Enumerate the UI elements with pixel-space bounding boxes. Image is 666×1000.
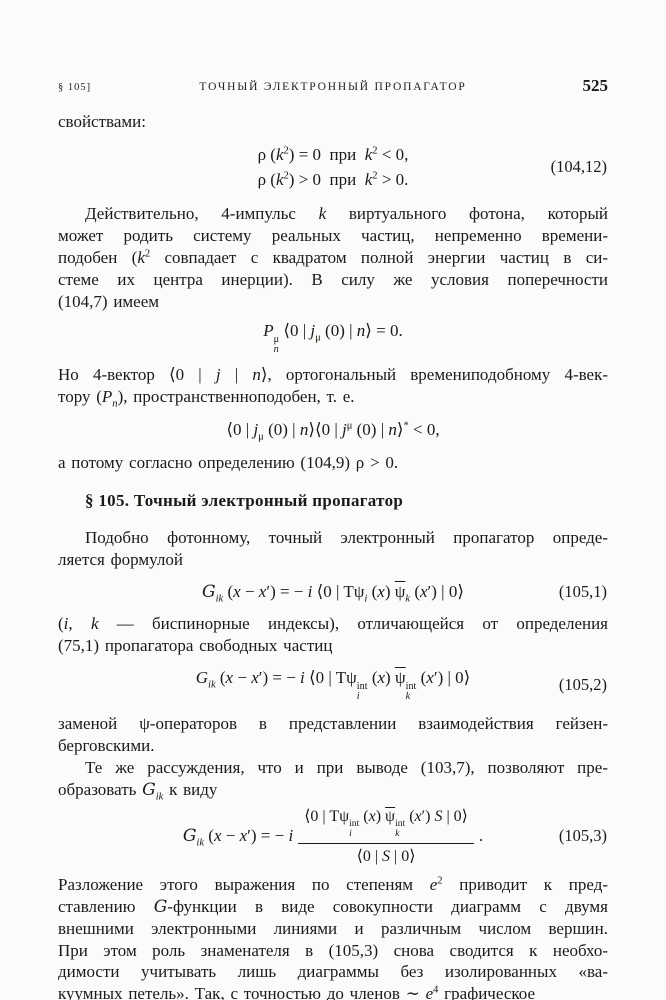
paragraph-zamenoj: заменой ψ-операторов в представлении вза… (58, 713, 608, 757)
equation-transversality: Pμn ⟨0 | jμ (0) | n⟩ = 0. (58, 320, 608, 356)
running-title: ТОЧНЫЙ ЭЛЕКТРОННЫЙ ПРОПАГАТОР (199, 81, 466, 93)
page-header: § 105] ТОЧНЫЙ ЭЛЕКТРОННЫЙ ПРОПАГАТОР 525 (58, 78, 608, 98)
equation-105-2: Gik (x − x′) = − i ⟨0 | Tψinti (x) ψintk… (58, 667, 608, 703)
equation-spacelike: ⟨0 | jμ (0) | n⟩⟨0 | jμ (0) | n⟩* < 0, (58, 419, 608, 441)
equation-104-12-line2: ρ (k2) > 0 при k2 > 0. (258, 167, 409, 192)
equation-spacelike-body: ⟨0 | jμ (0) | n⟩⟨0 | jμ (0) | n⟩* < 0, (226, 419, 439, 441)
equation-105-3: Gik (x − x′) = − i ⟨0 | Tψinti (x) ψintk… (58, 805, 608, 867)
equation-label-105-3: (105,3) (559, 825, 607, 847)
header-section-marker: § 105] (58, 82, 91, 93)
equation-105-2-body: Gik (x − x′) = − i ⟨0 | Tψinti (x) ψintk… (196, 667, 471, 703)
paragraph-no-4vektor: Но 4-вектор ⟨0 | j | n⟩, ортогональный в… (58, 364, 608, 408)
paragraph-bispinor: (i, k — биспинорные индексы), отличающей… (58, 613, 608, 657)
section-heading: § 105. Точный электронный пропагатор (58, 490, 608, 512)
equation-label-104-12: (104,12) (551, 156, 607, 178)
equation-label-105-1: (105,1) (559, 581, 607, 603)
book-page: § 105] ТОЧНЫЙ ЭЛЕКТРОННЫЙ ПРОПАГАТОР 525… (0, 0, 666, 1000)
paragraph-dejstvitelno: Действительно, 4-импульс k виртуального … (58, 203, 608, 313)
paragraph-a-potomu: а потому согласно определению (104,9) ρ … (58, 452, 608, 474)
equation-transversality-body: Pμn ⟨0 | jμ (0) | n⟩ = 0. (263, 320, 403, 356)
equation-104-12: ρ (k2) = 0 при k2 < 0, ρ (k2) > 0 при k2… (58, 142, 608, 192)
equation-105-3-numerator: ⟨0 | Tψinti (x) ψintk (x′) S | 0⟩ (298, 805, 474, 844)
page-number: 525 (583, 76, 609, 96)
equation-105-3-lhs: Gik (x − x′) = − i (183, 825, 293, 847)
paragraph-te-zhe: Те же рассуждения, что и при выводе (103… (58, 757, 608, 801)
equation-label-105-2: (105,2) (559, 674, 607, 696)
equation-104-12-line1: ρ (k2) = 0 при k2 < 0, (258, 142, 409, 167)
equation-104-12-body: ρ (k2) = 0 при k2 < 0, ρ (k2) > 0 при k2… (258, 142, 409, 192)
equation-105-1-body: Gik (x − x′) = − i ⟨0 | Tψi (x) ψk (x′) … (202, 581, 464, 603)
paragraph-lead: свойствами: (58, 111, 608, 133)
equation-105-3-fraction: ⟨0 | Tψinti (x) ψintk (x′) S | 0⟩ ⟨0 | S… (298, 805, 474, 867)
equation-105-3-tail: . (479, 825, 483, 847)
paragraph-razlozhenie: Разложение этого выражения по степеням e… (58, 874, 608, 1000)
paragraph-podobno: Подобно фотонному, точный электронный пр… (58, 527, 608, 571)
equation-105-1: Gik (x − x′) = − i ⟨0 | Tψi (x) ψk (x′) … (58, 581, 608, 603)
equation-105-3-denominator: ⟨0 | S | 0⟩ (298, 844, 474, 867)
